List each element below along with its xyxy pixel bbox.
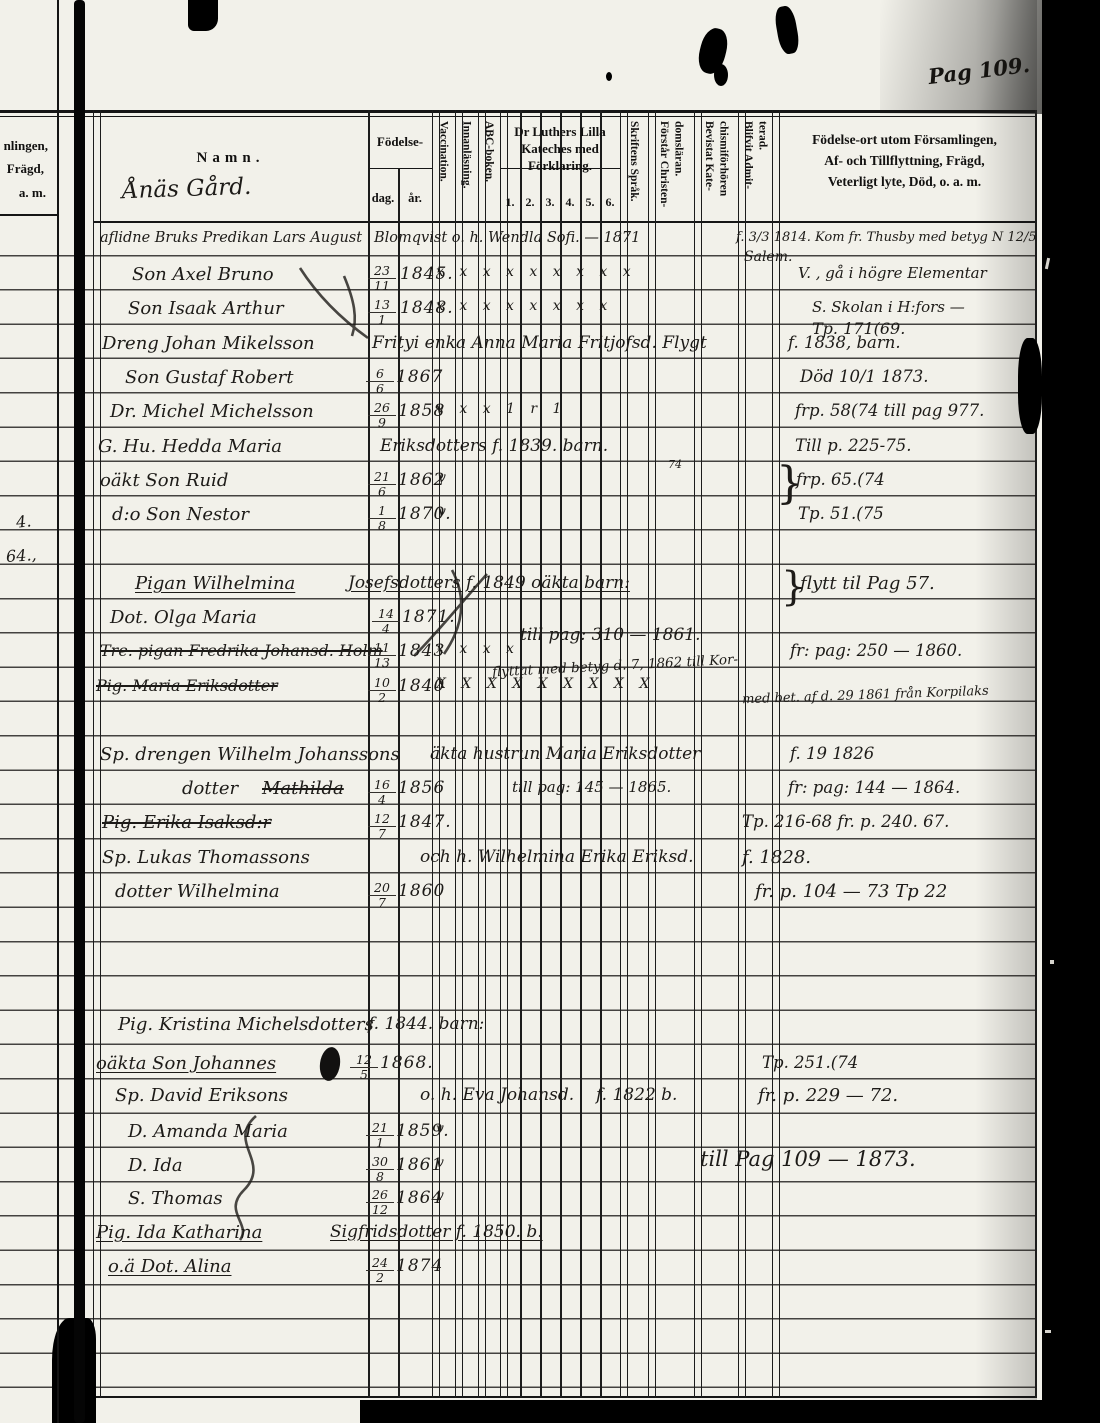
scan-speckle — [1050, 960, 1054, 964]
scan-edge-blot — [1018, 338, 1042, 434]
ink-flourishes — [0, 0, 1100, 1423]
scan-border-right — [1042, 0, 1100, 1423]
ink-speck — [606, 72, 612, 81]
scan-bottom-border — [360, 1400, 1100, 1423]
scan-speckle — [1045, 1330, 1051, 1333]
scanned-parish-register-page: nlingen, Frägd, a. m. 4. 64., Pag 109. N… — [0, 0, 1100, 1423]
page-fold-line — [57, 0, 59, 1423]
ink-blot — [714, 64, 728, 86]
book-gutter-shadow — [74, 0, 85, 1423]
ink-blot-flourish — [318, 1046, 343, 1082]
ink-blot — [188, 0, 218, 31]
